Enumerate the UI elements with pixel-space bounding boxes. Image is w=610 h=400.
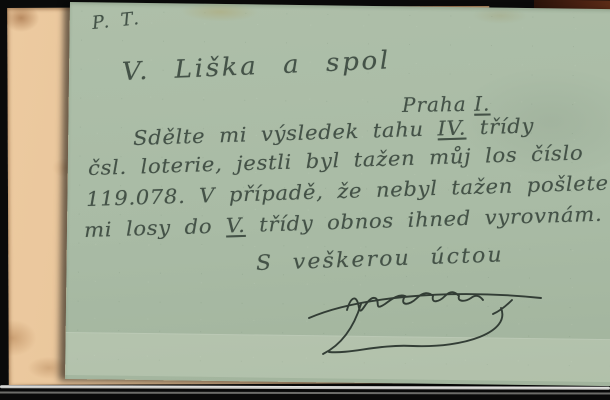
scanned-postcard-photo: P. T. V. Liška a spol Praha I. Sdělte mi… — [0, 0, 610, 400]
scanner-edge-line — [0, 385, 610, 390]
scanner-edge-line-2 — [0, 391, 610, 394]
place-city: Praha — [402, 92, 475, 117]
draw-class-numeral: IV. — [437, 116, 466, 141]
place-line: Praha I. — [402, 91, 491, 117]
body-segment: mi losy do — [84, 214, 227, 242]
body-segment: třídy — [466, 113, 535, 139]
signature-flourish — [295, 274, 555, 356]
place-district-numeral: I. — [474, 91, 491, 115]
next-class-numeral: V. — [225, 213, 245, 238]
